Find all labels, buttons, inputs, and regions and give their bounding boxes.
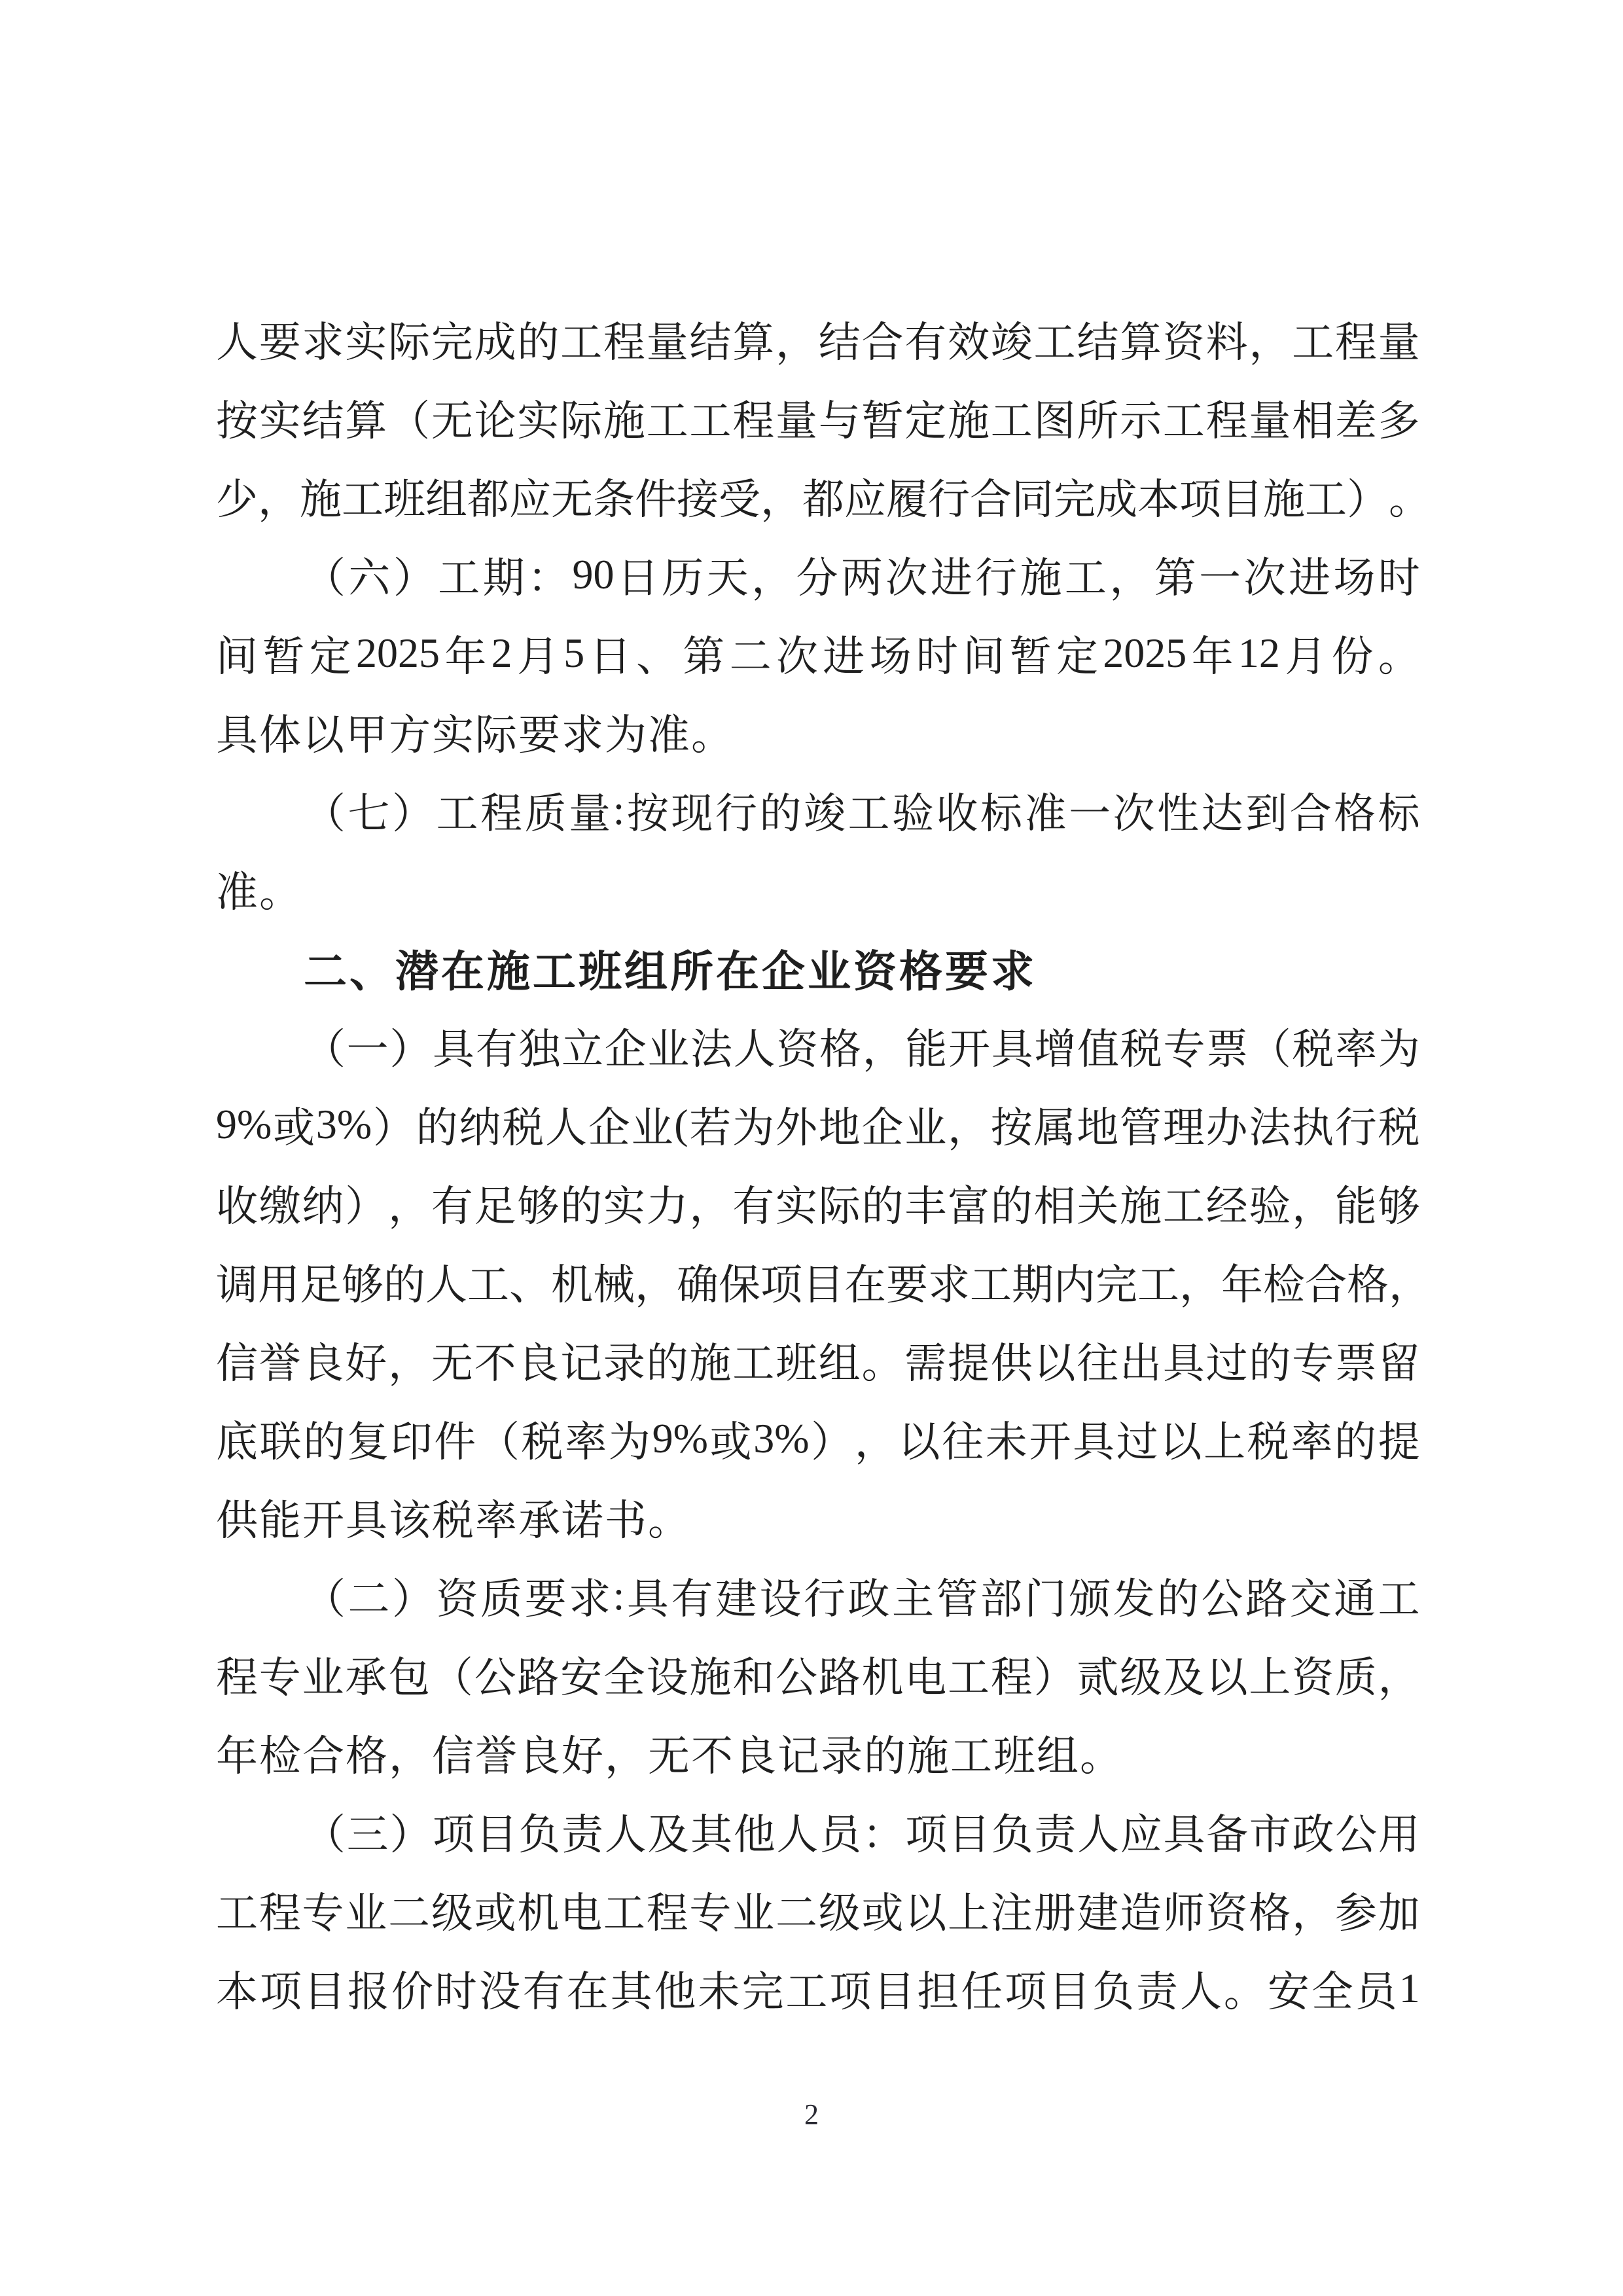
- text-token: 具: [216, 702, 258, 762]
- text-token: 路: [1245, 1566, 1287, 1626]
- text-token: ，: [388, 1330, 430, 1390]
- text-token: 税: [522, 1408, 563, 1469]
- text-token: 结: [819, 309, 861, 369]
- text-token: 班: [776, 1330, 817, 1390]
- text-token: 两: [841, 545, 883, 605]
- text-token: 合: [1305, 1251, 1347, 1312]
- text-token: 的: [560, 1173, 602, 1233]
- text-token: 甲: [346, 702, 387, 762]
- text-token: 际: [560, 387, 602, 448]
- text-token: 要: [259, 309, 301, 369]
- text-token: 按: [627, 780, 669, 840]
- text-token: 接: [677, 466, 719, 526]
- text-token: 程: [259, 1880, 301, 1940]
- text-token: 能: [259, 1487, 301, 1547]
- text-token: 实: [259, 387, 301, 448]
- text-token: 公: [776, 1644, 817, 1704]
- text-token: 诺: [562, 1487, 603, 1547]
- text-token: ）: [373, 1094, 415, 1155]
- text-token: 上: [948, 1880, 990, 1940]
- text-token: 记: [777, 1723, 819, 1783]
- doc-line-16: 供能开具该税率承诺书。: [216, 1478, 1420, 1556]
- text-token: 天: [707, 545, 749, 605]
- text-token: 定: [904, 387, 946, 448]
- text-token: 组: [819, 1330, 861, 1390]
- text-token: 量: [1378, 309, 1420, 369]
- text-token: 标: [1378, 780, 1420, 840]
- text-token: 负: [1092, 1958, 1134, 2018]
- text-token: 暂: [861, 387, 903, 448]
- text-token: 在: [844, 1251, 886, 1312]
- text-token: ：: [527, 545, 569, 605]
- text-token: 政: [847, 1566, 889, 1626]
- text-token: 差: [1335, 387, 1377, 448]
- text-token: 工: [1378, 1566, 1420, 1626]
- text-token: 以: [1034, 1330, 1076, 1390]
- text-token: 工: [216, 1880, 258, 1940]
- text-token: 执: [1292, 1094, 1334, 1155]
- text-token: 税: [1247, 1408, 1289, 1469]
- text-token: 次: [776, 623, 818, 683]
- text-token: 信: [216, 1330, 258, 1390]
- text-token: 日: [617, 545, 659, 605]
- text-token: 录: [603, 1330, 645, 1390]
- text-token: 法: [1249, 1094, 1291, 1155]
- text-token: 项: [433, 1801, 474, 1861]
- text-token: 要: [525, 1566, 567, 1626]
- text-token: 年: [444, 623, 486, 683]
- text-token: 工: [732, 1330, 774, 1390]
- text-token: 不: [691, 1723, 733, 1783]
- text-token: 市: [1249, 1801, 1291, 1861]
- text-token: 进: [931, 545, 972, 605]
- text-token: 应: [844, 466, 886, 526]
- text-token: 专: [259, 1644, 301, 1704]
- text-token: 际: [475, 702, 517, 762]
- text-token: 及: [1163, 1644, 1205, 1704]
- text-token: 时: [435, 1958, 477, 2018]
- text-token: 路: [819, 1644, 861, 1704]
- text-token: 。: [1080, 1723, 1122, 1783]
- text-token: 税: [502, 1094, 544, 1155]
- text-token: ）: [345, 1173, 387, 1233]
- text-token: 书: [605, 1487, 647, 1547]
- text-token: 具: [433, 1016, 474, 1076]
- doc-line-11: 9%或3%）的纳税人企业(若为外地企业，按属地管理办法执行税: [216, 1085, 1420, 1164]
- text-token: 格: [1334, 780, 1376, 840]
- text-token: 良: [518, 1723, 560, 1783]
- text-token: 三: [347, 1801, 389, 1861]
- text-token: 责: [1136, 1958, 1178, 2018]
- text-token: 或: [710, 1408, 752, 1469]
- text-token: 未: [698, 1958, 740, 2018]
- doc-line-14: 信誉良好，无不良记录的施工班组。需提供以往出具过的专票留: [216, 1321, 1420, 1399]
- text-token: 实: [432, 702, 474, 762]
- doc-line-12: 收缴纳），有足够的实力，有实际的丰富的相关施工经验，能够: [216, 1164, 1420, 1242]
- text-token: ，: [948, 1094, 990, 1155]
- text-token: 有: [476, 1016, 518, 1076]
- text-token: 第: [683, 623, 724, 683]
- text-token: 或: [861, 1880, 903, 1940]
- text-token: ，: [258, 466, 300, 526]
- text-token: 程: [480, 780, 522, 840]
- text-token: 件: [434, 1408, 476, 1469]
- doc-line-15: 底联的复印件（税率为9%或3%），以往未开具过以上税率的提: [216, 1399, 1420, 1478]
- text-token: 交: [1290, 1566, 1332, 1626]
- text-token: 场: [870, 623, 912, 683]
- text-token: 。: [648, 1487, 690, 1547]
- text-token: 二: [776, 1880, 817, 1940]
- text-token: 无: [648, 1723, 690, 1783]
- text-token: 班: [383, 466, 425, 526]
- text-token: 外: [776, 1094, 817, 1155]
- text-token: 一: [1199, 545, 1241, 605]
- text-token: 保: [719, 1251, 760, 1312]
- text-token: 项: [260, 1958, 302, 2018]
- text-token: 组: [1037, 1723, 1079, 1783]
- text-token: 施: [1120, 1173, 1162, 1233]
- text-token: 在: [567, 1958, 609, 2018]
- text-token: 其: [690, 1801, 732, 1861]
- text-token: 件: [635, 466, 677, 526]
- text-token: 人: [605, 1801, 647, 1861]
- text-token: 施: [1263, 466, 1305, 526]
- text-token: 目: [1221, 466, 1263, 526]
- text-token: 以: [1160, 1408, 1202, 1469]
- text-token: 质: [480, 1566, 522, 1626]
- text-token: 他: [654, 1958, 696, 2018]
- text-token: 二: [388, 1880, 430, 1940]
- text-token: 设: [759, 1566, 801, 1626]
- text-token: 的: [303, 1408, 345, 1469]
- text-token: ，: [855, 1408, 897, 1469]
- doc-line-4: （六）工期：90日历天，分两次进行施工，第一次进场时: [216, 535, 1420, 614]
- text-token: 专: [302, 1880, 344, 1940]
- text-token: 程: [216, 1644, 258, 1704]
- text-token: 录: [821, 1723, 863, 1783]
- text-token: 力: [647, 1173, 688, 1233]
- text-token: 足: [300, 1251, 342, 1312]
- text-token: 用: [258, 1251, 300, 1312]
- text-token: 年: [216, 1723, 258, 1783]
- text-token: 2: [491, 629, 512, 677]
- text-token: 电: [904, 1644, 946, 1704]
- text-token: ，: [605, 1723, 647, 1783]
- text-token: 工: [467, 1251, 509, 1312]
- text-token: 开: [302, 1487, 344, 1547]
- text-token: 行: [1335, 1094, 1377, 1155]
- text-token: 施: [689, 1644, 731, 1704]
- text-token: （: [431, 1644, 473, 1704]
- text-token: 工: [689, 387, 731, 448]
- text-token: 过: [1116, 1408, 1158, 1469]
- text-token: 人: [1077, 1801, 1119, 1861]
- text-token: 质: [525, 780, 567, 840]
- text-token: 出: [1120, 1330, 1162, 1390]
- text-token: ）: [393, 545, 435, 605]
- text-token: 够: [1378, 1173, 1420, 1233]
- text-token: 多: [1378, 387, 1420, 448]
- text-token: 按: [991, 1094, 1033, 1155]
- text-token: 法: [690, 1016, 732, 1076]
- text-token: 体: [259, 702, 301, 762]
- text-token: 属: [1033, 1094, 1075, 1155]
- text-token: 械: [593, 1251, 635, 1312]
- text-token: 按: [216, 387, 258, 448]
- text-token: 格: [346, 1723, 387, 1783]
- text-token: 在: [441, 937, 486, 999]
- text-token: 业: [345, 1880, 387, 1940]
- text-token: 人: [734, 1016, 776, 1076]
- text-token: 资: [437, 1566, 478, 1626]
- text-token: 安: [1268, 1958, 1310, 2018]
- text-token: 公: [474, 1644, 516, 1704]
- text-token: 与: [819, 387, 861, 448]
- text-token: 业: [904, 1094, 946, 1155]
- text-token: 企: [588, 1094, 630, 1155]
- text-token: 经: [1206, 1173, 1248, 1233]
- text-token: 实: [603, 1173, 645, 1233]
- text-token: 业: [732, 1880, 774, 1940]
- text-token: 份: [1332, 623, 1374, 683]
- document-page: 人要求实际完成的工程量结算，结合有效竣工结算资料，工程量按实结算（无论实际施工工…: [0, 0, 1623, 2296]
- text-token: 安: [560, 1644, 602, 1704]
- text-token: 机: [517, 1880, 559, 1940]
- text-token: 具: [627, 1566, 669, 1626]
- text-token: 量: [776, 387, 817, 448]
- text-token: 提: [948, 1330, 990, 1390]
- text-token: 工: [1065, 545, 1107, 605]
- text-token: 通: [1334, 1566, 1376, 1626]
- text-token: 目: [802, 1251, 844, 1312]
- text-token: 业: [632, 1094, 673, 1155]
- text-token: 所: [670, 937, 715, 999]
- text-token: 任: [961, 1958, 1003, 2018]
- text-token: ，: [863, 1016, 904, 1076]
- text-token: 时: [916, 623, 958, 683]
- text-token: 目: [1048, 1958, 1090, 2018]
- text-token: 工: [647, 387, 688, 448]
- text-token: 公: [1335, 1801, 1377, 1861]
- text-token: 税: [1378, 1094, 1420, 1155]
- text-token: 量: [1249, 387, 1291, 448]
- text-token: 资: [1206, 1880, 1248, 1940]
- text-token: 需: [904, 1330, 946, 1390]
- text-token: 工: [533, 937, 577, 999]
- text-token: 地: [1077, 1094, 1118, 1155]
- text-token: 无: [551, 466, 593, 526]
- text-token: 内: [1054, 1251, 1096, 1312]
- text-token: 定: [1056, 623, 1098, 683]
- text-token: 纳: [302, 1173, 344, 1233]
- text-token: 负: [991, 1801, 1033, 1861]
- text-token: 受: [719, 466, 760, 526]
- text-token: 。: [861, 1330, 903, 1390]
- text-token: 为: [732, 1094, 774, 1155]
- text-token: 具: [1163, 1330, 1205, 1390]
- text-token: 成: [474, 309, 516, 369]
- text-token: 实: [776, 1173, 817, 1233]
- text-token: 往: [942, 1408, 984, 1469]
- text-token: 9%: [652, 1414, 708, 1463]
- text-token: 的: [1157, 1566, 1199, 1626]
- text-token: (: [674, 1100, 688, 1149]
- text-token: 供: [991, 1330, 1033, 1390]
- text-token: 资: [853, 937, 898, 999]
- text-token: 格: [899, 937, 944, 999]
- text-token: 良: [734, 1723, 776, 1783]
- text-token: 准: [648, 702, 690, 762]
- text-token: 场: [1333, 545, 1375, 605]
- text-token: 二: [304, 937, 348, 999]
- text-token: ，: [1292, 1880, 1334, 1940]
- text-token: 求: [991, 937, 1035, 999]
- text-token: 以: [302, 702, 344, 762]
- text-token: ，: [1389, 1251, 1431, 1312]
- text-token: 纳: [459, 1094, 501, 1155]
- text-token: 报: [348, 1958, 389, 2018]
- text-token: 项: [1179, 466, 1221, 526]
- text-token: 暂: [1010, 623, 1052, 683]
- text-token: 包: [388, 1644, 430, 1704]
- text-token: 部: [980, 1566, 1022, 1626]
- text-token: 工: [1292, 309, 1334, 369]
- text-token: 准: [216, 859, 258, 919]
- text-token: 目: [873, 1958, 915, 2018]
- text-token: 工: [948, 1644, 990, 1704]
- doc-line-6: 具体以甲方实际要求为准。: [216, 692, 1420, 771]
- text-token: 资: [776, 1016, 818, 1076]
- text-token: 日: [590, 623, 632, 683]
- text-token: 够: [342, 1251, 383, 1312]
- text-token: 月: [517, 623, 559, 683]
- text-token: 责: [562, 1801, 603, 1861]
- doc-line-13: 调用足够的人工、机械，确保项目在要求工期内完工，年检合格，: [216, 1242, 1420, 1321]
- text-token: 能: [905, 1016, 947, 1076]
- text-token: 资: [1163, 309, 1205, 369]
- text-token: 3%: [753, 1414, 809, 1463]
- text-token: 备: [1206, 1801, 1248, 1861]
- text-token: 时: [1378, 545, 1420, 605]
- text-token: 工: [847, 780, 889, 840]
- text-token: 以: [904, 1880, 946, 1940]
- text-token: 设: [647, 1644, 688, 1704]
- text-token: 票: [1335, 1330, 1377, 1390]
- text-token: 效: [948, 309, 990, 369]
- text-token: 、: [636, 623, 678, 683]
- text-token: 有: [523, 1958, 565, 2018]
- text-token: 程: [991, 1644, 1033, 1704]
- text-token: 誉: [475, 1723, 517, 1783]
- text-token: 目: [304, 1958, 346, 2018]
- text-token: 率: [1291, 1408, 1332, 1469]
- text-token: 结: [1077, 309, 1118, 369]
- text-token: 率: [1335, 1016, 1377, 1076]
- text-token: 方: [389, 702, 431, 762]
- text-token: 行: [928, 466, 970, 526]
- text-token: 进: [1289, 545, 1330, 605]
- text-token: 90: [572, 550, 614, 599]
- text-token: 算: [732, 309, 774, 369]
- text-token: 门: [1025, 1566, 1067, 1626]
- text-token: ：: [863, 1801, 904, 1861]
- text-token: ）: [392, 1566, 434, 1626]
- text-token: 求: [569, 1566, 611, 1626]
- text-token: 六: [348, 545, 390, 605]
- text-token: ）: [389, 1016, 431, 1076]
- text-token: 工: [1137, 1251, 1179, 1312]
- text-token: 结: [689, 309, 731, 369]
- text-token: 实: [517, 387, 559, 448]
- text-token: 够: [517, 1173, 559, 1233]
- text-token: 能: [1335, 1173, 1377, 1233]
- text-token: 施: [487, 937, 531, 999]
- text-token: 联: [260, 1408, 302, 1469]
- text-token: 往: [1077, 1330, 1118, 1390]
- text-token: 际: [819, 1173, 861, 1233]
- text-token: 的: [383, 1251, 425, 1312]
- text-token: 程: [1206, 387, 1248, 448]
- text-token: 本: [216, 1958, 258, 2018]
- text-token: 承: [518, 1487, 560, 1547]
- text-token: 。: [1224, 1958, 1266, 2018]
- text-token: 人: [425, 1251, 467, 1312]
- text-token: 全: [603, 1644, 645, 1704]
- text-token: 施: [1020, 545, 1062, 605]
- text-token: 行: [804, 1566, 846, 1626]
- text-token: 施: [300, 466, 342, 526]
- text-token: 项: [905, 1801, 947, 1861]
- text-token: 或: [474, 1880, 516, 1940]
- text-token: 2025: [1103, 629, 1186, 677]
- text-token: 地: [819, 1094, 861, 1155]
- text-token: 标: [980, 780, 1022, 840]
- text-token: 开: [948, 1016, 990, 1076]
- text-token: 参: [1335, 1880, 1377, 1940]
- text-token: 目: [948, 1801, 990, 1861]
- text-token: 组: [425, 466, 467, 526]
- text-token: 施: [603, 387, 645, 448]
- text-token: 级: [431, 1880, 473, 1940]
- text-token: 的: [1334, 1408, 1376, 1469]
- text-token: 期: [1012, 1251, 1054, 1312]
- text-token: ，: [635, 1251, 677, 1312]
- text-token: 企: [861, 1094, 903, 1155]
- text-token: 图: [1034, 387, 1076, 448]
- text-token: 行: [975, 545, 1017, 605]
- doc-line-21: 工程专业二级或机电工程专业二级或以上注册建造师资格，参加: [216, 1871, 1420, 1949]
- text-token: 的: [861, 1173, 903, 1233]
- text-token: 价: [391, 1958, 433, 2018]
- text-token: 责: [1034, 1801, 1076, 1861]
- text-token: 本: [1137, 466, 1179, 526]
- text-token: 分: [796, 545, 838, 605]
- text-token: 良: [302, 1330, 344, 1390]
- text-token: 好: [562, 1723, 603, 1783]
- text-token: 的: [416, 1094, 458, 1155]
- text-token: 率: [475, 1487, 517, 1547]
- text-token: 施: [689, 1330, 731, 1390]
- text-token: 为: [609, 1408, 651, 1469]
- text-token: 际: [388, 309, 430, 369]
- text-token: 级: [819, 1880, 861, 1940]
- doc-line-2: 按实结算（无论实际施工工程量与暂定施工图所示工程量相差多: [216, 378, 1420, 457]
- text-token: 誉: [259, 1330, 301, 1390]
- text-token: （: [1249, 1016, 1291, 1076]
- text-token: 立: [562, 1016, 603, 1076]
- text-token: 相: [1292, 387, 1334, 448]
- text-token: 间: [216, 623, 258, 683]
